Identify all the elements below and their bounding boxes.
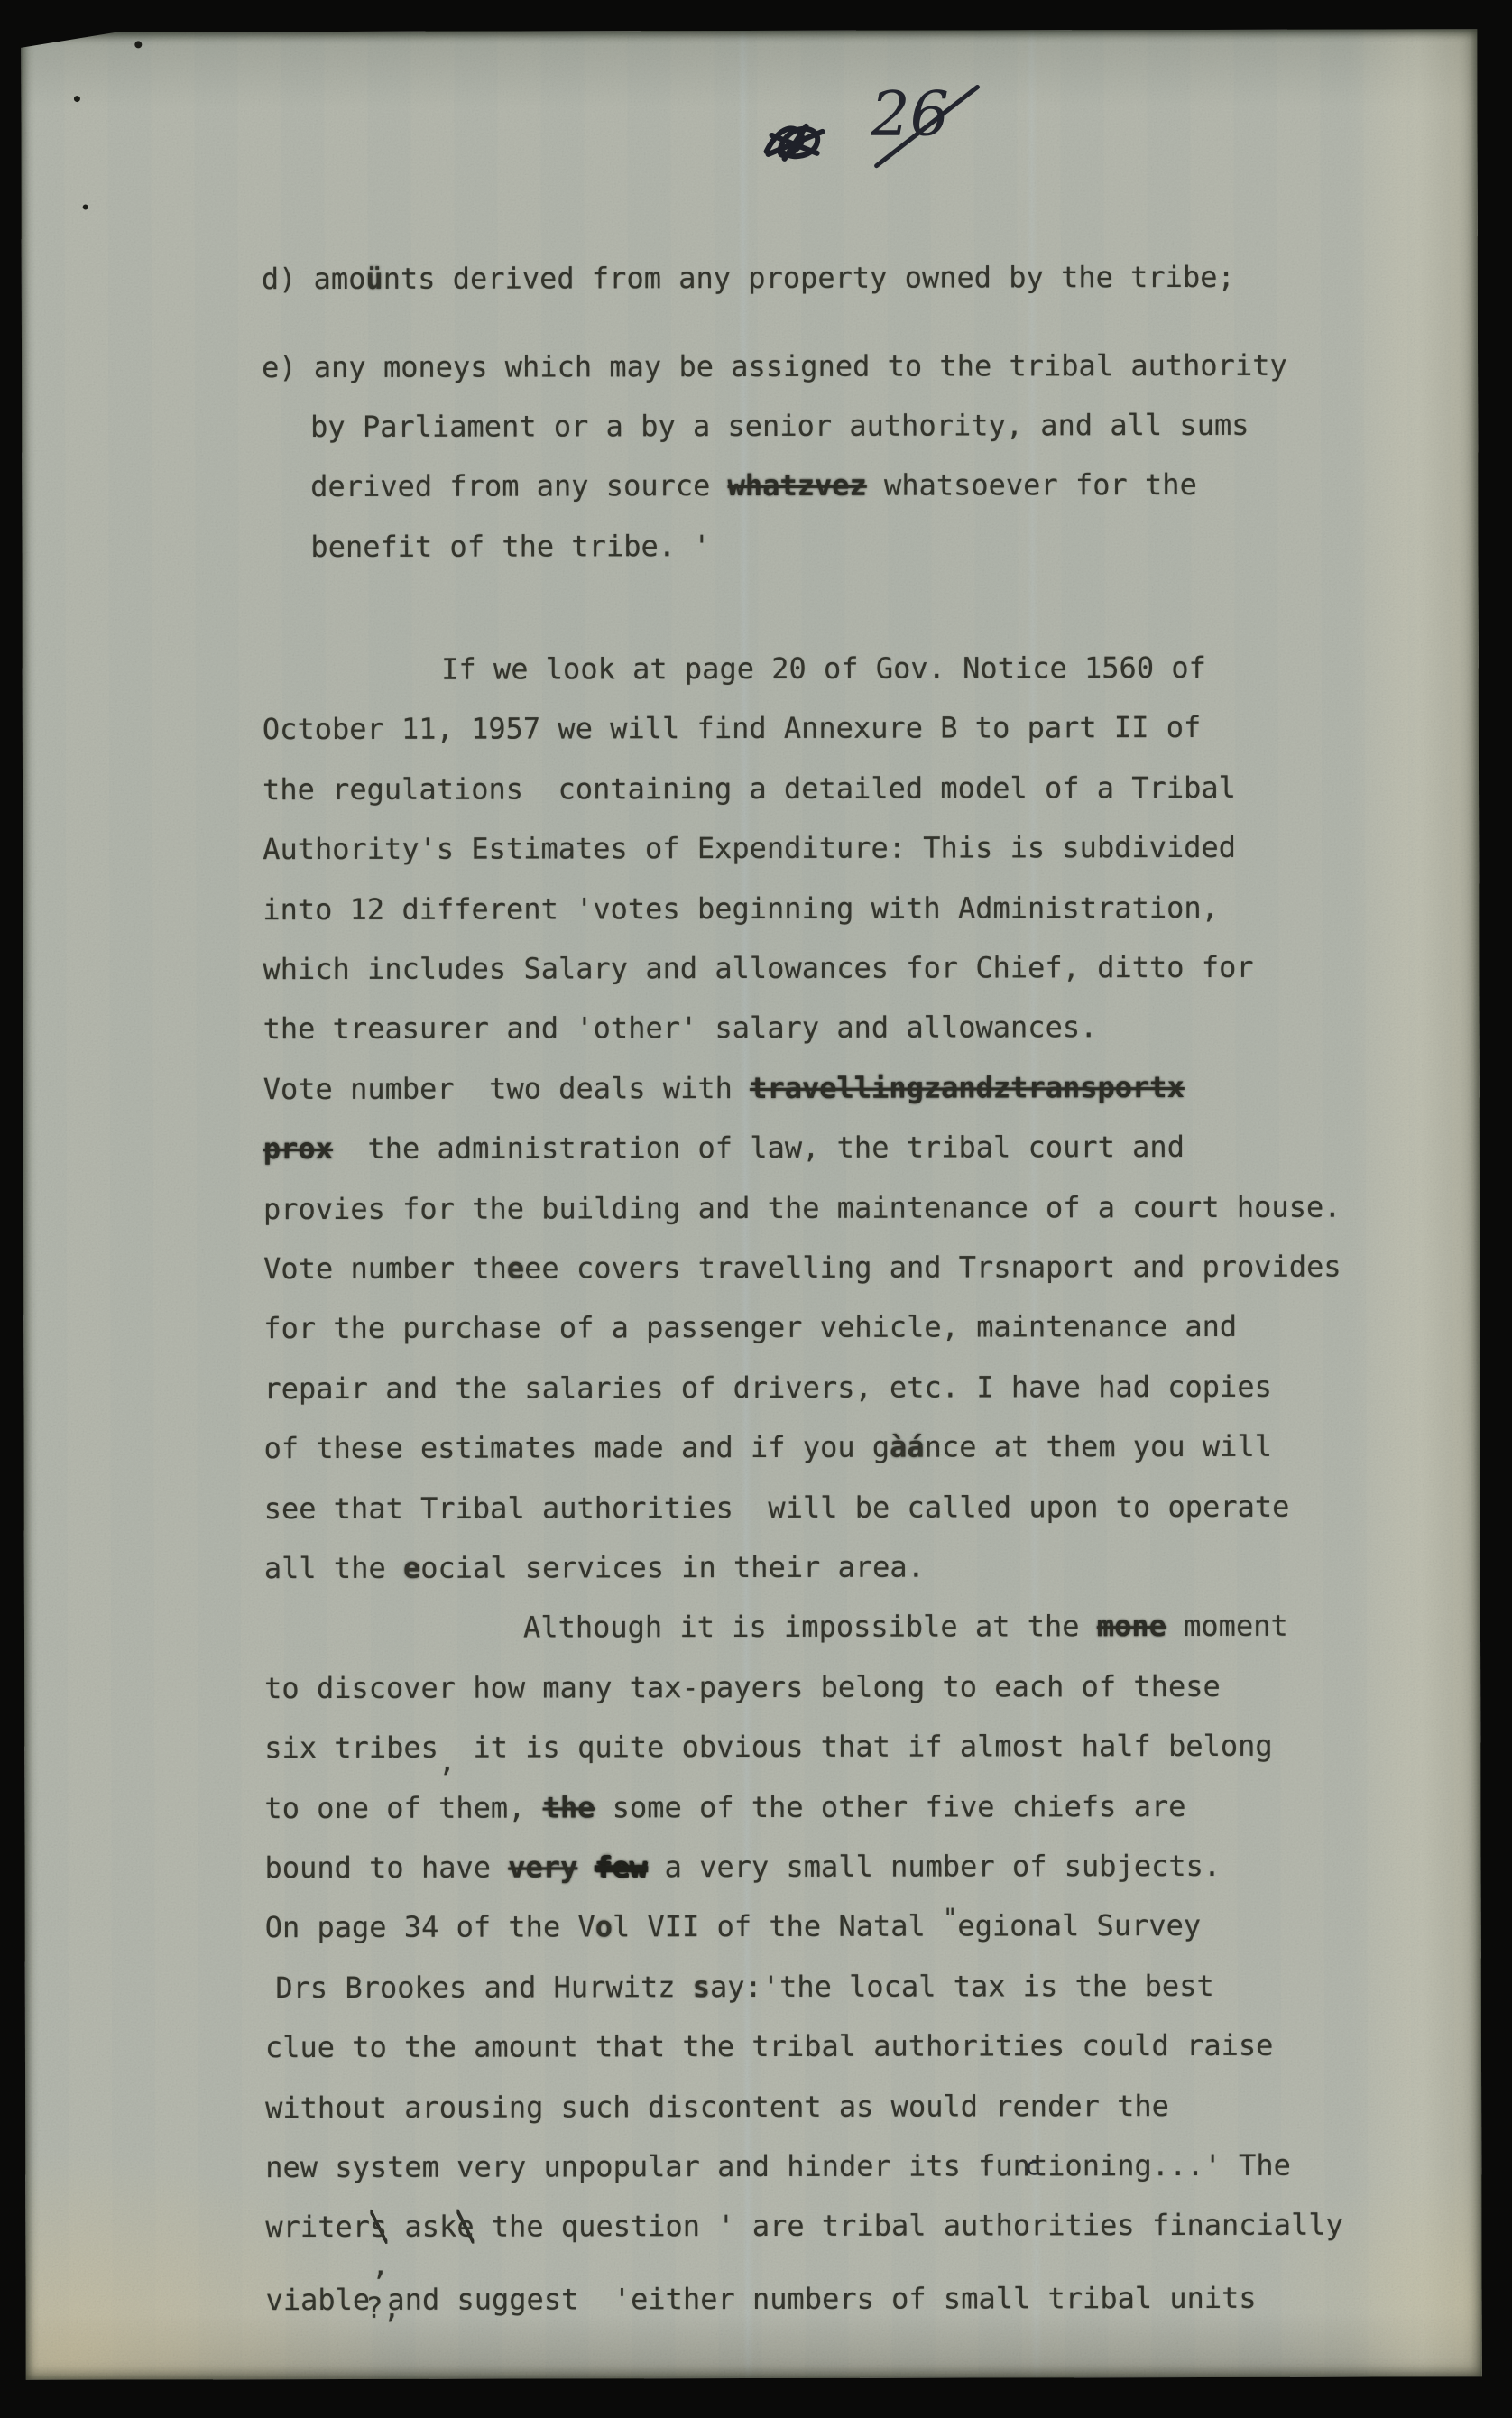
typed-line: the treasurer and 'other' salary and all… (263, 1009, 1098, 1047)
text-segment: the administration of law, the tribal co… (333, 1130, 1185, 1166)
text-segment-ov: travellingzandztransportx (750, 1070, 1185, 1105)
typed-line: into 12 different 'votes beginning with … (263, 889, 1219, 927)
text-segment: new system very unpopular and hinder its… (265, 2148, 1030, 2184)
stack-bottom: ?, (365, 2289, 401, 2325)
text-segment: without arousing such discontent as woul… (265, 2089, 1169, 2125)
typed-line: Authority's Estimates of Expenditure: Th… (263, 829, 1236, 867)
typed-line: see that Tribal authorities will be call… (264, 1488, 1290, 1526)
text-segment: Drs Brookes and Hurwitz (275, 1970, 692, 2005)
photo-background: { "meta": { "title": "Typewritten manusc… (0, 0, 1512, 2418)
typed-line: the regulations containing a detailed mo… (263, 770, 1236, 808)
typed-line: writers aske the question ' are tribal a… (265, 2207, 1343, 2246)
text-segment: and suggest 'either numbers of small tri… (387, 2281, 1256, 2317)
typed-line: Vote number two deals with travellingzan… (263, 1069, 1185, 1107)
typed-line: prox the administration of law, the trib… (263, 1129, 1185, 1167)
typed-line: d) amoünts derived from any property own… (262, 259, 1235, 297)
text-segment: viable (266, 2283, 371, 2317)
typed-line: to one of them, the some of the other fi… (264, 1787, 1185, 1825)
text-segment: by Parliament or a by a senior authority… (310, 408, 1249, 444)
text-segment-b: àá (890, 1430, 925, 1464)
text-segment: which includes Salary and allowances for… (263, 950, 1253, 986)
typed-line: On page 34 of the Vol VII of the Natal "… (265, 1907, 1202, 1948)
typed-line: without arousing such discontent as woul… (265, 2088, 1169, 2126)
text-segment-b: s (693, 1970, 710, 2004)
text-segment-ov: whatzvez (728, 468, 867, 503)
text-segment: repair and the salaries of drivers, etc.… (263, 1369, 1271, 1405)
text-segment-sl: s (370, 2210, 387, 2244)
text-segment: egional Survey (957, 1908, 1201, 1943)
text-segment: all the (264, 1551, 403, 1585)
typed-line: If we look at page 20 of Gov. Notice 156… (263, 650, 1206, 688)
text-segment: Vote number two deals with (263, 1071, 751, 1106)
text-segment: ay:'the local tax is the best (710, 1969, 1214, 2004)
typed-line: for the purchase of a passenger vehicle,… (263, 1308, 1237, 1346)
text-segment: If we look at page 20 of Gov. Notice 156… (441, 651, 1206, 687)
text-segment: some of the other five chiefs are (595, 1788, 1185, 1823)
text-segment: Authority's Estimates of Expenditure: Th… (263, 830, 1236, 866)
text-segment: On page 34 of the V (265, 1910, 595, 1945)
typed-line: provies for the building and the mainten… (263, 1188, 1341, 1227)
text-segment: whatsoever for the (867, 467, 1197, 503)
typed-line: e) any moneys which may be assigned to t… (262, 346, 1287, 384)
text-segment: derived from any source (310, 468, 727, 503)
typed-line: new system very unpopular and hinder its… (265, 2147, 1291, 2185)
text-segment: ee covers travelling and Trsnaport and p… (524, 1250, 1341, 1286)
text-segment: clue to the amount that the tribal autho… (265, 2028, 1273, 2064)
text-segment: the treasurer and 'other' salary and all… (263, 1010, 1098, 1046)
typed-text: d) amoünts derived from any property own… (21, 29, 1481, 2379)
text-segment-sl: e (456, 2210, 474, 2244)
text-segment-sup: " (943, 1904, 957, 1932)
text-segment: ocial services in their area. (420, 1549, 925, 1584)
typed-line: six tribes, it is quite obvious that if … (264, 1728, 1272, 1766)
text-segment: nts derived from any property owned by t… (383, 260, 1235, 296)
typed-line: to discover how many tax-payers belong t… (264, 1668, 1221, 1706)
text-segment-blot: few (595, 1850, 648, 1884)
typed-line: which includes Salary and allowances for… (263, 949, 1253, 987)
text-segment: tioning...' The (1030, 2148, 1291, 2183)
inserted-letter: c (1025, 2150, 1039, 2186)
text-segment-ov: the (543, 1790, 595, 1824)
text-segment: provies for the building and the mainten… (263, 1189, 1341, 1226)
typed-line: clue to the amount that the tribal autho… (265, 2027, 1273, 2065)
typed-line: viable’?,and suggest 'either numbers of … (265, 2279, 1256, 2318)
typed-line: bound to have very few a very small numb… (264, 1848, 1221, 1886)
text-segment-ov: very (508, 1850, 577, 1884)
typed-line: benefit of the tribe. ' (262, 528, 710, 565)
text-segment: moment (1166, 1609, 1288, 1643)
text-segment: October 11, 1957 we will find Annexure B… (263, 710, 1201, 746)
typed-line: Vote number theee covers travelling and … (263, 1249, 1341, 1287)
text-segment-sub: , (438, 1744, 456, 1778)
text-segment: the regulations containing a detailed mo… (263, 771, 1236, 807)
text-segment: of these estimates made and if you g (264, 1430, 890, 1465)
text-segment: l VII of the Natal (613, 1909, 943, 1944)
text-segment: a very small number of subjects. (647, 1849, 1221, 1884)
typed-line: by Parliament or a by a senior authority… (262, 407, 1249, 445)
text-segment-stack: ’?, (370, 2281, 387, 2310)
typed-line: derived from any source whatzvez whatsoe… (262, 466, 1197, 504)
text-segment: the question ' are tribal authorities fi… (475, 2208, 1343, 2244)
text-segment: to one of them, (264, 1790, 542, 1825)
document-page: d) amoünts derived from any property own… (21, 29, 1481, 2379)
text-segment: bound to have (264, 1850, 508, 1885)
text-segment-b: e (507, 1251, 524, 1285)
text-segment: nce at them you will (925, 1429, 1272, 1464)
typed-line: October 11, 1957 we will find Annexure B… (263, 709, 1201, 747)
text-segment (577, 1850, 595, 1884)
text-segment-ov: mone (1097, 1609, 1166, 1643)
text-segment-ov: prox (263, 1131, 333, 1166)
typed-line: Although it is impossible at the mone mo… (264, 1608, 1288, 1646)
text-segment: writer (265, 2210, 370, 2244)
text-segment: benefit of the tribe. ' (310, 529, 710, 564)
typed-line: repair and the salaries of drivers, etc.… (263, 1368, 1271, 1406)
text-segment: Although it is impossible at the (523, 1609, 1097, 1644)
text-segment-b: ü (365, 262, 383, 296)
text-segment: six tribes (264, 1730, 438, 1765)
text-segment: to discover how many tax-payers belong t… (264, 1669, 1221, 1705)
text-segment: d) amo (262, 262, 366, 296)
text-segment: for the purchase of a passenger vehicle,… (263, 1309, 1237, 1345)
text-segment: see that Tribal authorities will be call… (264, 1489, 1290, 1525)
text-segment: e) any moneys which may be assigned to t… (262, 347, 1287, 383)
text-segment: Vote number th (263, 1251, 507, 1286)
text-segment-b: o (595, 1910, 613, 1944)
typed-line: of these estimates made and if you gàánc… (264, 1428, 1272, 1466)
text-segment: it is quite obvious that if almost half … (456, 1729, 1273, 1765)
typed-line: Drs Brookes and Hurwitz say:'the local t… (265, 1968, 1214, 2006)
text-segment-b: e (403, 1551, 420, 1585)
typed-line: all the eocial services in their area. (264, 1548, 925, 1586)
text-segment: ask (387, 2210, 456, 2244)
text-segment: into 12 different 'votes beginning with … (263, 890, 1219, 926)
